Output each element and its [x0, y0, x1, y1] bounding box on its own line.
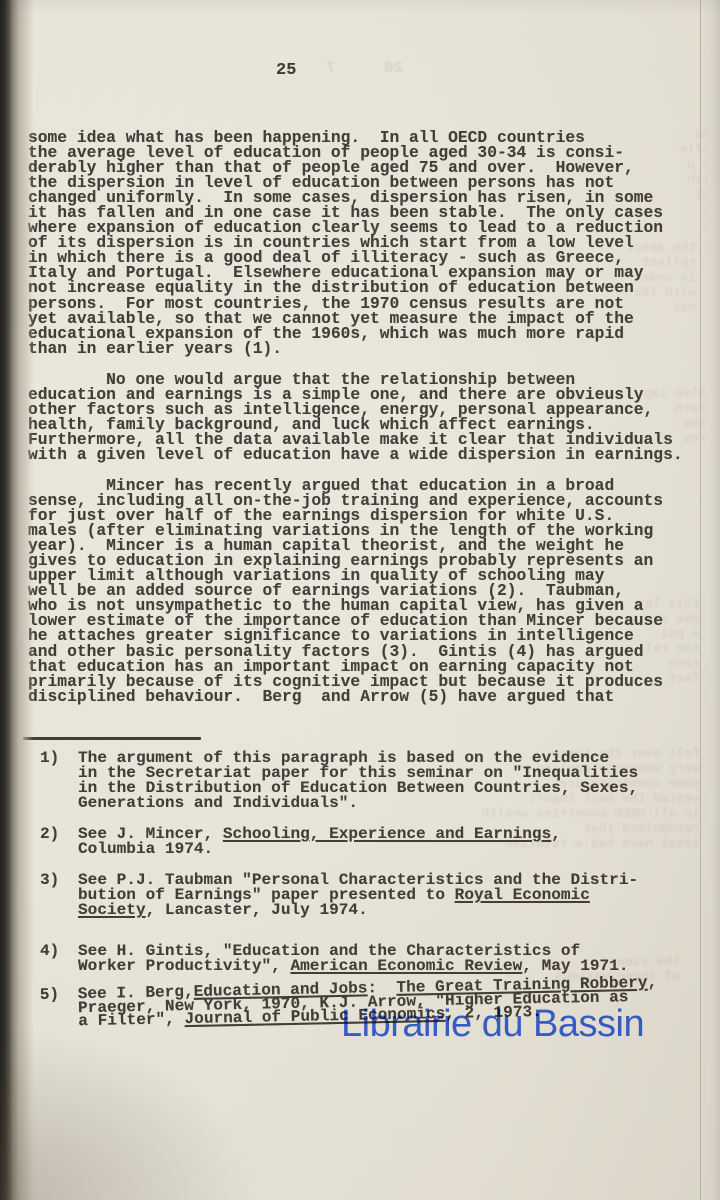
bleedthrough-fragment: the refle is u with not th 12	[680, 128, 718, 233]
footnote-text: See J. Mincer, Schooling, Experience and…	[78, 827, 561, 857]
footnote-number: 4)	[40, 944, 78, 974]
footnote: 2) See J. Mincer, Schooling, Experience …	[40, 827, 658, 857]
footnote-number: 5)	[40, 988, 79, 1030]
footnote-number: 2)	[40, 827, 78, 857]
ghost-page-mark: 7	[326, 59, 336, 77]
ghost-page-mark: 26	[384, 59, 403, 77]
page-number: 25	[276, 61, 296, 80]
footnote-text: The argument of this paragraph is based …	[78, 751, 638, 811]
paragraph: Mincer has recently argued that educatio…	[28, 478, 683, 704]
bookseller-watermark: Librairie du Bassin	[341, 1002, 644, 1046]
body-text: some idea what has been happening. In al…	[28, 130, 683, 730]
page-right-edge	[700, 0, 720, 1200]
footnote: 4) See H. Gintis, "Education and the Cha…	[40, 944, 658, 974]
footnote: 3) See P.J. Taubman "Personal Characteri…	[40, 873, 658, 918]
footnote-number: 3)	[40, 873, 78, 918]
scanned-page-background: the refle is u with not th 12 the asect …	[0, 0, 720, 1200]
footnote-separator	[23, 737, 201, 740]
footnote-text: See H. Gintis, "Education and the Charac…	[78, 944, 629, 974]
paragraph: some idea what has been happening. In al…	[28, 130, 683, 356]
footnote-text: See P.J. Taubman "Personal Characteristi…	[78, 873, 638, 918]
footnote-number: 1)	[40, 751, 78, 811]
paragraph: No one would argue that the relationship…	[28, 372, 683, 462]
footnote: 1) The argument of this paragraph is bas…	[40, 751, 658, 811]
